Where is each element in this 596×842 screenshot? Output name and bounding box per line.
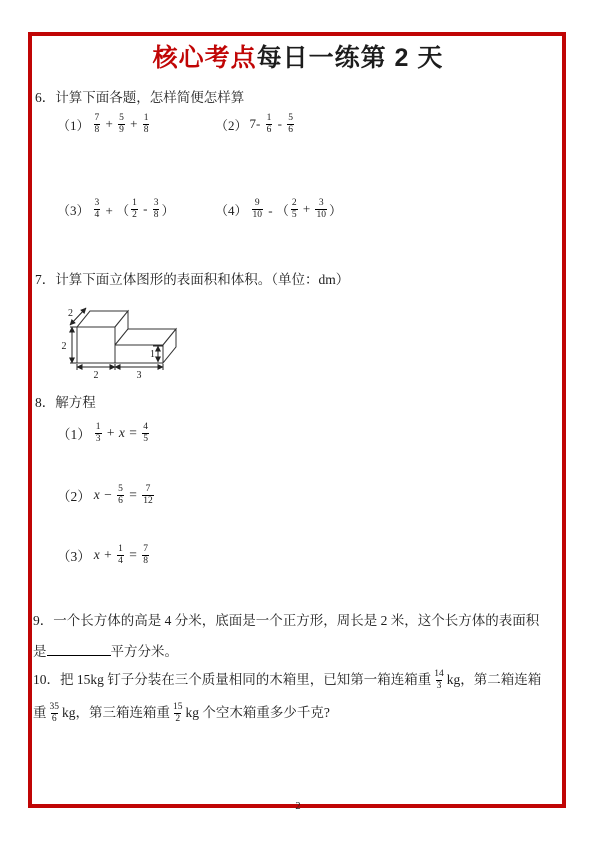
fraction-denominator: 4 [94,209,101,221]
q8-item-1: （1） 13 + x = 45 [57,422,151,445]
fraction-denominator: 2 [131,209,138,221]
math-text: + [102,116,116,132]
math-text: kg，第二箱连箱 [447,672,542,687]
q6-item-1-label: （1） [57,115,90,134]
math-text: - [140,201,151,217]
fraction-numerator: 7 [94,113,101,124]
fraction-denominator: 8 [94,124,101,136]
fraction-denominator: 8 [143,124,150,136]
q10-line1: 10．把 15kg 钉子分装在三个质量相同的木箱里，已知第一箱连箱重143kg，… [33,672,541,687]
fraction: 59 [118,113,125,136]
step-solid-svg: 2 2 2 3 1 [58,296,190,388]
math-text: - （ [265,200,289,219]
fraction-numerator: 7 [145,484,152,495]
answer-blank [47,641,111,656]
fraction-denominator: 5 [291,209,298,221]
q8-item-3-label: （3） [57,545,91,565]
q9-paragraph: 9．一个长方体的高是 4 分米，底面是一个正方形，周长是 2 米，这个长方体的表… [33,605,565,667]
q8-item-2-label: （2） [57,485,91,505]
page-number: 2 [0,801,596,812]
fraction-numerator: 14 [433,669,445,680]
math-text: + [104,425,118,441]
fraction: 16 [266,113,273,136]
figure-left-height-label: 2 [62,341,67,352]
q6-item-2-label: （2） [215,115,248,134]
fraction: 56 [117,484,124,507]
q7-heading: 7．计算下面立体图形的表面积和体积。（单位：dm） [35,268,349,288]
q6-row-1: （1） 78 + 59 + 18 （2） 7- 16 - 56 [57,113,296,136]
math-text: 10．把 15kg 钉子分装在三个质量相同的木箱里，已知第一箱连箱重 [33,672,431,687]
q8-item-1-expression: 13 + x = 45 [93,422,151,445]
math-text: - [274,116,285,132]
math-text: = [126,425,140,441]
page-title: 核心考点每日一练第 2 天 [0,38,596,74]
math-text: kg 个空木箱重多少千克? [186,705,330,720]
fraction: 18 [143,113,150,136]
q10-paragraph: 10．把 15kg 钉子分装在三个质量相同的木箱里，已知第一箱连箱重143kg，… [33,663,565,729]
figure-bottom-left-label: 2 [94,370,99,381]
fraction: 78 [142,544,149,567]
fraction-numerator: 4 [142,422,149,433]
math-text: + [127,116,141,132]
fraction: 356 [49,702,61,725]
math-variable: x [94,547,100,563]
fraction: 25 [291,198,298,221]
fraction-denominator: 5 [142,433,149,445]
q8-item-3: （3） x + 14 = 78 [57,544,151,567]
fraction-numerator: 15 [172,702,184,713]
fraction-numerator: 2 [291,198,298,209]
math-text: = [126,547,140,563]
fraction: 34 [94,198,101,221]
fraction-denominator: 6 [287,124,294,136]
fraction-denominator: 9 [118,124,125,136]
page-title-red: 核心考点 [153,44,257,72]
math-text: 7- [250,116,264,132]
fraction: 143 [433,669,445,692]
fraction: 14 [117,544,124,567]
fraction-denominator: 10 [315,209,327,221]
fraction-numerator: 1 [266,113,273,124]
q6-item-1-expression: 78 + 59 + 18 [92,113,152,136]
fraction-numerator: 1 [131,198,138,209]
fraction: 712 [142,484,154,507]
math-text: + （ [102,200,129,219]
fraction: 310 [315,198,327,221]
fraction-numerator: 3 [318,198,325,209]
fraction-denominator: 6 [266,124,273,136]
fraction: 45 [142,422,149,445]
math-variable: x [94,487,100,503]
math-text: ） [161,200,174,219]
fraction-denominator: 6 [117,495,124,507]
fraction-numerator: 5 [287,113,294,124]
fraction: 56 [287,113,294,136]
q6-item-1: （1） 78 + 59 + 18 [57,113,215,136]
fraction-denominator: 6 [51,713,58,725]
figure-right-height-label: 1 [150,349,155,360]
fraction-numerator: 7 [142,544,149,555]
q8-item-1-label: （1） [57,423,91,443]
fraction-numerator: 35 [49,702,61,713]
q6-item-3-label: （3） [57,200,90,219]
math-text: + [101,547,115,563]
fraction-denominator: 12 [142,495,154,507]
cube-front-face [77,327,115,363]
fraction-numerator: 3 [94,198,101,209]
fraction: 12 [131,198,138,221]
math-text: ） [329,200,342,219]
fraction: 78 [94,113,101,136]
fraction-numerator: 9 [254,198,261,209]
fraction: 910 [252,198,264,221]
q6-item-3-expression: 34 + （12 - 38） [92,198,175,221]
fraction-numerator: 1 [95,422,102,433]
q8-item-2: （2） x − 56 = 712 [57,484,156,507]
fraction-denominator: 4 [117,555,124,567]
fraction-numerator: 1 [117,544,124,555]
math-text: + [300,201,314,217]
math-variable: x [119,425,125,441]
q6-heading: 6．计算下面各题，怎样简便怎样算 [35,86,244,106]
math-text: kg，第三箱连箱重 [62,705,170,720]
page-title-black: 每日一练第 2 天 [257,44,444,72]
q10-line2: 重356kg，第三箱连箱重152kg 个空木箱重多少千克? [33,705,330,720]
q6-row-2: （3） 34 + （12 - 38） （4） 910 - （25 + 310） [57,198,342,221]
q9-line2-post: 平方分米。 [111,644,179,659]
figure-depth-label: 2 [68,308,73,319]
math-text: = [126,487,140,503]
fraction-denominator: 3 [95,433,102,445]
figure-bottom-right-label: 3 [137,370,142,381]
cuboid-front-face [115,345,163,363]
math-text: − [101,487,115,503]
fraction-numerator: 5 [117,484,124,495]
q6-item-4-label: （4） [215,200,248,219]
q6-item-2: （2） 7- 16 - 56 [215,113,296,136]
fraction-numerator: 1 [143,113,150,124]
fraction-numerator: 5 [118,113,125,124]
fraction: 38 [153,198,160,221]
fraction: 13 [95,422,102,445]
q6-item-3: （3） 34 + （12 - 38） [57,198,215,221]
step-solid-figure: 2 2 2 3 1 [58,296,190,388]
fraction-denominator: 8 [142,555,149,567]
q6-item-4: （4） 910 - （25 + 310） [215,198,342,221]
worksheet-page: 核心考点每日一练第 2 天 6．计算下面各题，怎样简便怎样算 （1） 78 + … [0,0,596,842]
fraction-denominator: 3 [436,680,443,692]
math-text: 重 [33,705,47,720]
q8-item-3-expression: x + 14 = 78 [93,544,151,567]
q8-heading: 8．解方程 [35,391,96,411]
q6-item-2-expression: 7- 16 - 56 [250,113,296,136]
q9-line2-pre: 是 [33,644,47,659]
fraction: 152 [172,702,184,725]
q9-line1: 9．一个长方体的高是 4 分米，底面是一个正方形，周长是 2 米，这个长方体的表… [33,613,539,628]
fraction-denominator: 10 [252,209,264,221]
q8-item-2-expression: x − 56 = 712 [93,484,156,507]
q6-item-4-expression: 910 - （25 + 310） [250,198,342,221]
fraction-denominator: 8 [153,209,160,221]
fraction-denominator: 2 [174,713,181,725]
fraction-numerator: 3 [153,198,160,209]
